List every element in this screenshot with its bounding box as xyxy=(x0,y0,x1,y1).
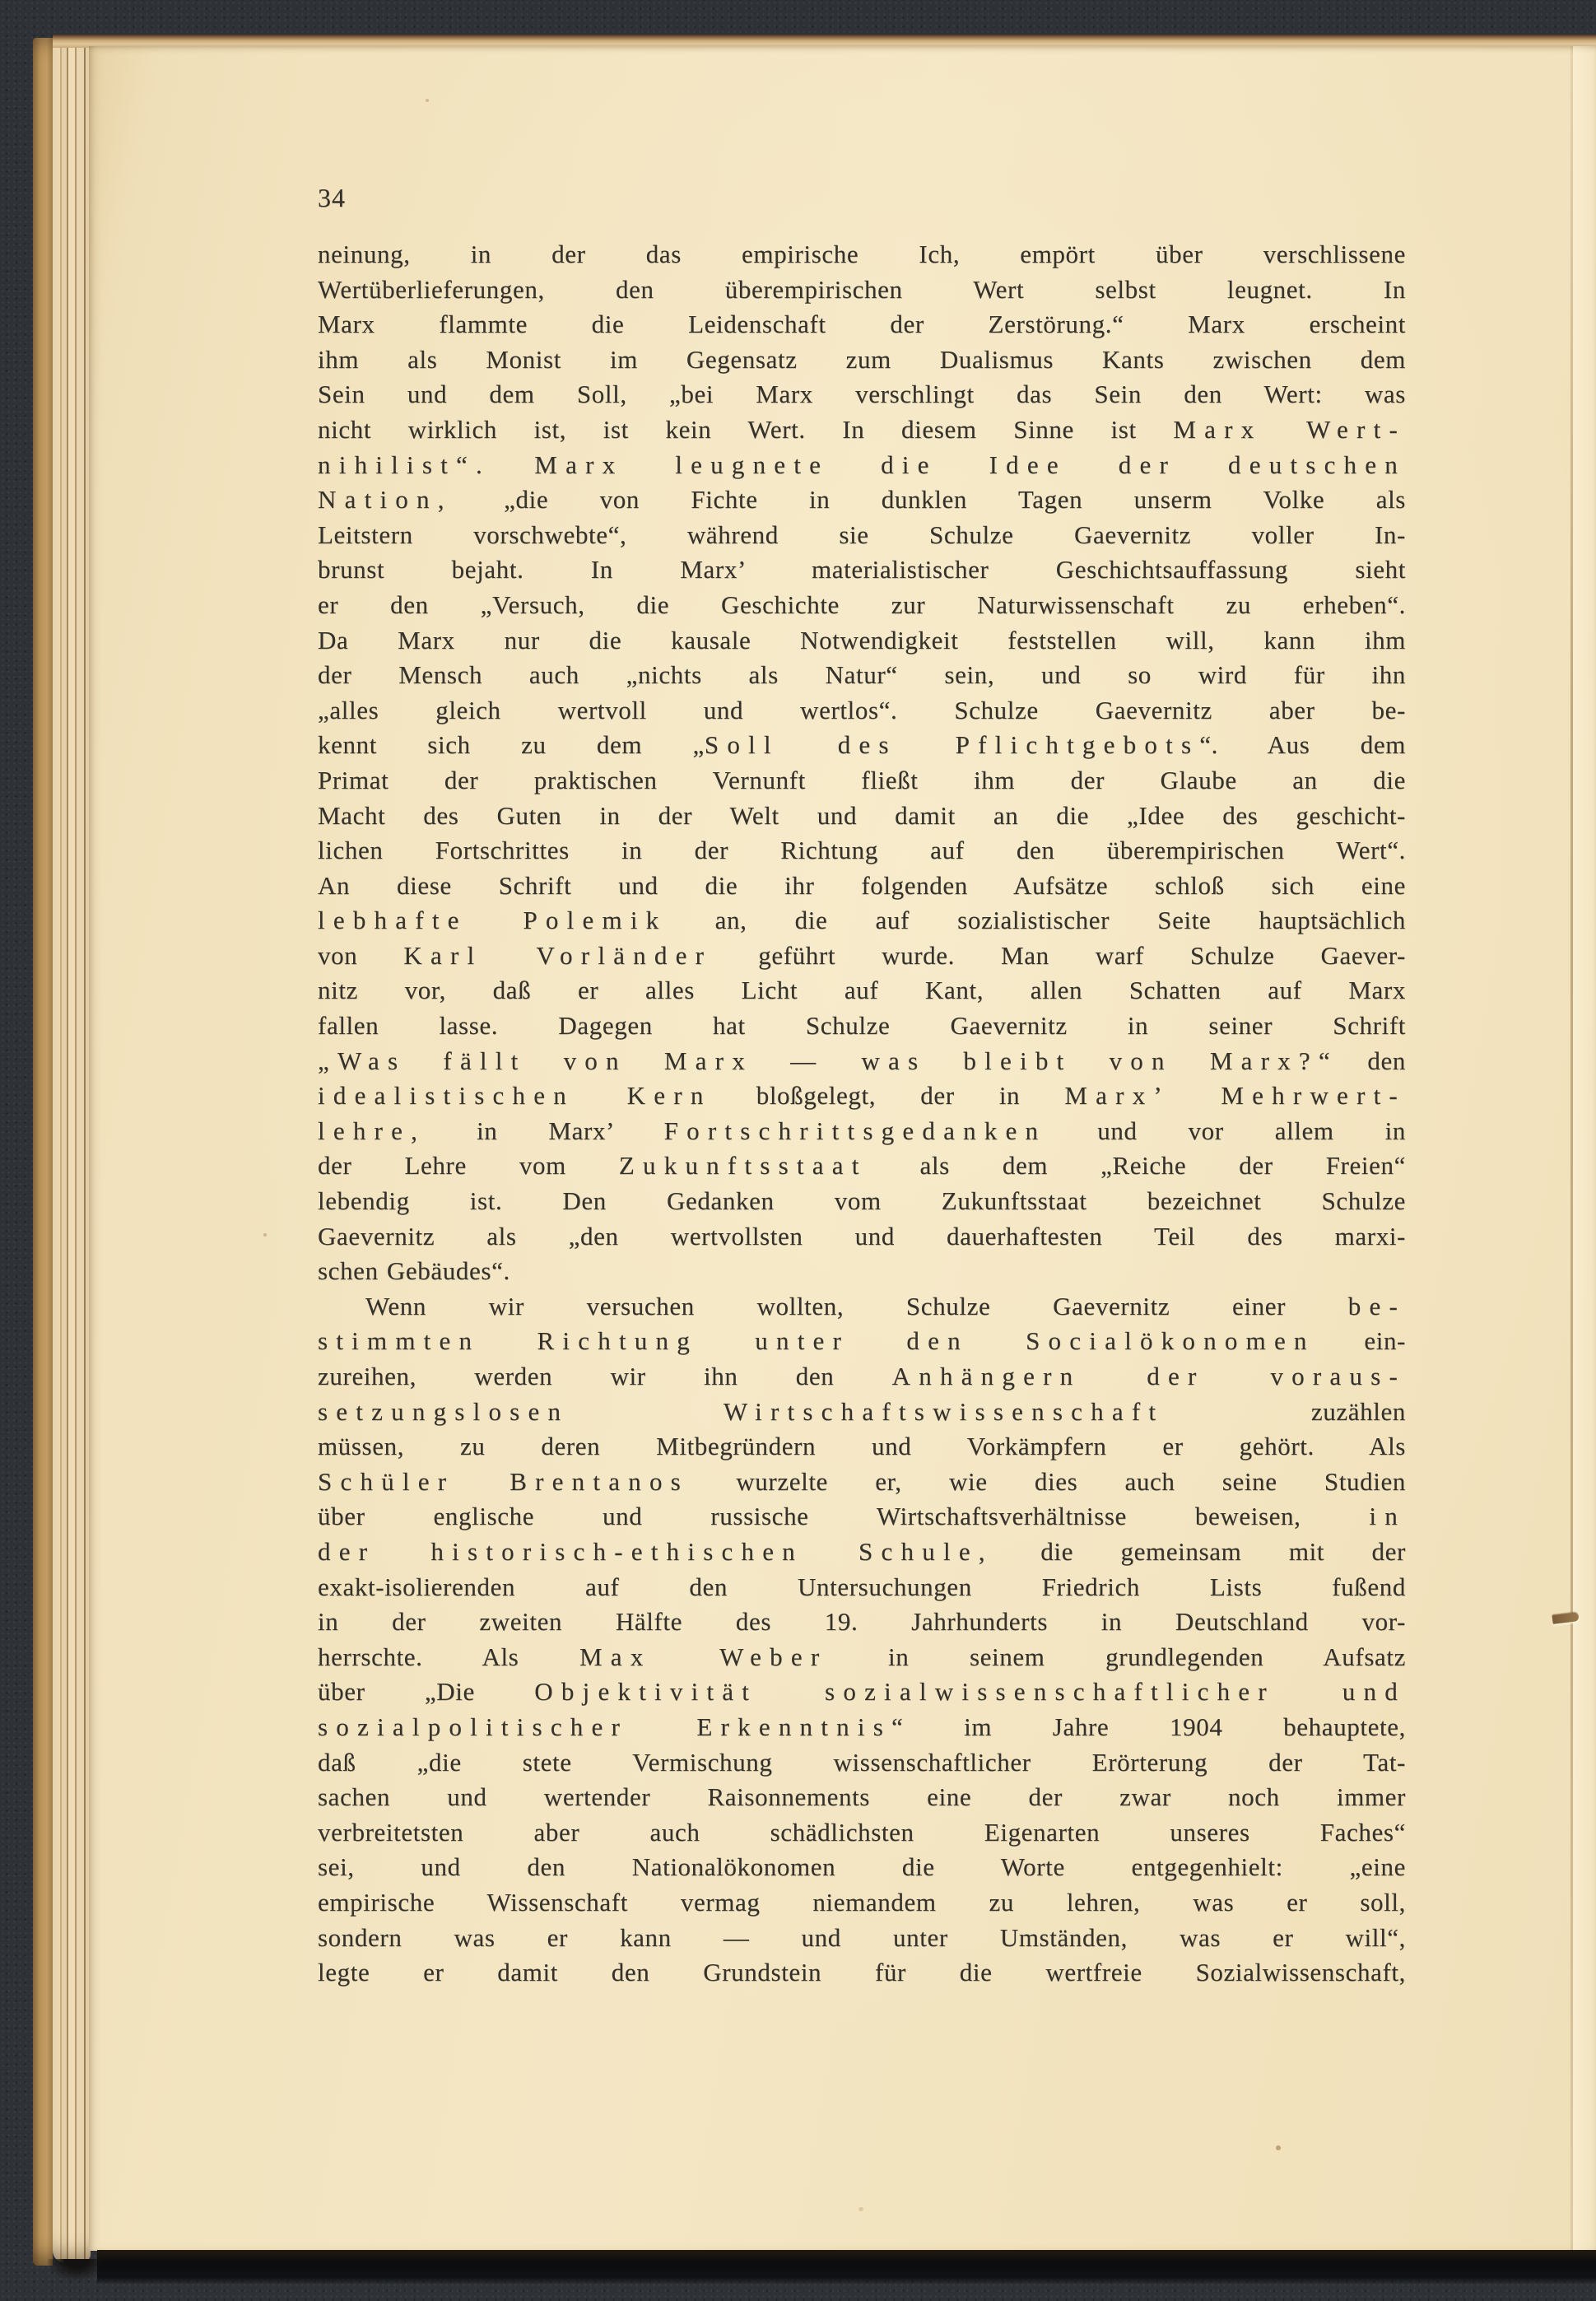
letterspaced-emphasis-text: lehre, xyxy=(318,1116,426,1145)
letterspaced-emphasis-text: „Was fällt von Marx — was bleibt von Mar… xyxy=(318,1046,1338,1075)
page-number: 34 xyxy=(318,183,346,213)
text-line: der Lehre vom Zukunftsstaat als dem „Rei… xyxy=(318,1148,1406,1184)
body-text: Marx flammte die Leidenschaft der Zerstö… xyxy=(318,310,1406,338)
letterspaced-emphasis-text: setzungslosen Wirtschaftswissenschaft xyxy=(318,1397,1164,1426)
body-text xyxy=(491,450,534,479)
text-line: kennt sich zu dem „Soll des Pflichtgebot… xyxy=(318,728,1406,763)
body-text: An diese Schrift und die ihr folgenden A… xyxy=(318,871,1406,900)
text-line: Sein und dem Soll, „bei Marx verschlingt… xyxy=(318,377,1406,412)
body-text: sachen und wertender Raisonnements eine … xyxy=(318,1782,1406,1811)
body-text: Macht des Guten in der Welt und damit an… xyxy=(318,801,1406,830)
text-line: der Mensch auch „nichts als Natur“ sein,… xyxy=(318,658,1406,693)
letterspaced-emphasis-text: Marx’ Mehrwert- xyxy=(1064,1081,1406,1110)
text-line: Gaevernitz als „den wertvollsten und dau… xyxy=(318,1219,1406,1255)
letterspaced-emphasis-text: der historisch-ethischen Schule, xyxy=(318,1537,993,1566)
text-line: Wenn wir versuchen wollten, Schulze Gaev… xyxy=(318,1289,1406,1325)
body-text: kennt sich zu dem „ xyxy=(318,730,705,759)
text-line: „alles gleich wertvoll und wertlos“. Sch… xyxy=(318,693,1406,729)
body-text: an, die auf sozialistischer Seite haupts… xyxy=(667,906,1406,934)
body-text: als dem „Reiche der Freien“ xyxy=(868,1151,1406,1180)
body-text: zureihen, werden wir ihn den xyxy=(318,1362,892,1390)
body-text: geführt wurde. Man warf Schulze Gaever- xyxy=(712,941,1406,970)
body-text: empirische Wissenschaft vermag niemandem… xyxy=(318,1888,1406,1917)
letterspaced-emphasis-text: Anhängern der voraus- xyxy=(892,1362,1406,1390)
body-text: sei, und den Nationalökonomen die Worte … xyxy=(318,1852,1406,1881)
body-text: “. Aus dem xyxy=(1199,730,1406,759)
letterspaced-emphasis-text: nihilist“. xyxy=(318,450,491,479)
body-text: nicht wirklich ist, ist kein Wert. In di… xyxy=(318,415,1173,444)
letterspaced-emphasis-text: Marx leugnete die Idee der deutschen xyxy=(534,450,1406,479)
letterspaced-emphasis-text: be- xyxy=(1348,1292,1406,1321)
body-text: verbreitetsten aber auch schädlichsten E… xyxy=(318,1818,1406,1847)
text-line: brunst bejaht. In Marx’ materialistische… xyxy=(318,552,1406,588)
body-text: schen Gebäudes“. xyxy=(318,1256,510,1285)
text-line: lebendig ist. Den Gedanken vom Zukunftss… xyxy=(318,1184,1406,1219)
text-line: „Was fällt von Marx — was bleibt von Mar… xyxy=(318,1044,1406,1079)
letterspaced-emphasis-text: stimmten Richtung unter den Socialökonom… xyxy=(318,1326,1315,1355)
scan-background: 34 neinung, in der das empirische Ich, e… xyxy=(0,0,1596,2301)
letterspaced-emphasis-text: lebhafte Polemik xyxy=(318,906,667,934)
body-text: und vor allem in xyxy=(1046,1116,1406,1145)
body-text: in seinem grundlegenden Aufsatz xyxy=(827,1642,1406,1671)
text-line: lehre, in Marx’ Fortschrittsgedanken und… xyxy=(318,1114,1406,1149)
body-text: über englische und russische Wirtschafts… xyxy=(318,1502,1369,1530)
foxing-spot xyxy=(811,322,813,324)
body-text: in der zweiten Hälfte des 19. Jahrhunder… xyxy=(318,1607,1406,1636)
letterspaced-emphasis-text: in xyxy=(1369,1502,1406,1530)
body-text: Wenn wir versuchen wollten, Schulze Gaev… xyxy=(365,1292,1348,1321)
text-line: daß „die stete Vermischung wissenschaftl… xyxy=(318,1745,1406,1781)
letterspaced-emphasis-text: Zukunftsstaat xyxy=(619,1151,868,1180)
body-text: lebendig ist. Den Gedanken vom Zukunftss… xyxy=(318,1186,1406,1215)
text-line: nicht wirklich ist, ist kein Wert. In di… xyxy=(318,412,1406,448)
text-line: Leitstern vorschwebte“, während sie Schu… xyxy=(318,518,1406,553)
text-line: stimmten Richtung unter den Socialökonom… xyxy=(318,1324,1406,1359)
body-text: Leitstern vorschwebte“, während sie Schu… xyxy=(318,520,1406,549)
body-text: in Marx’ xyxy=(426,1116,664,1145)
body-text: bloßgelegt, der in xyxy=(712,1081,1065,1110)
letterspaced-emphasis-text: Soll des Pflichtgebots xyxy=(705,730,1199,759)
body-text: ein- xyxy=(1315,1326,1406,1355)
body-text: müssen, zu deren Mitbegründern und Vorkä… xyxy=(318,1432,1406,1460)
text-line: in der zweiten Hälfte des 19. Jahrhunder… xyxy=(318,1605,1406,1640)
body-text: ihm als Monist im Gegensatz zum Dualismu… xyxy=(318,345,1406,374)
text-line: sei, und den Nationalökonomen die Worte … xyxy=(318,1850,1406,1885)
text-line: er den „Versuch, die Geschichte zur Natu… xyxy=(318,588,1406,623)
text-line: exakt-isolierenden auf den Untersuchunge… xyxy=(318,1570,1406,1605)
page-edge-stack xyxy=(53,41,91,2262)
text-line: sozialpolitischer Erkenntnis“ im Jahre 1… xyxy=(318,1710,1406,1745)
body-text: Wertüberlieferungen, den überempirischen… xyxy=(318,275,1406,304)
letterspaced-emphasis-text: Nation, xyxy=(318,485,453,514)
body-text: herrschte. Als xyxy=(318,1642,579,1671)
text-line: empirische Wissenschaft vermag niemandem… xyxy=(318,1885,1406,1921)
body-text: nitz vor, daß er alles Licht auf Kant, a… xyxy=(318,976,1406,1004)
text-line: nitz vor, daß er alles Licht auf Kant, a… xyxy=(318,973,1406,1008)
letterspaced-emphasis-text: Objektivität sozialwissenschaftlicher un… xyxy=(534,1677,1406,1706)
text-line: schen Gebäudes“. xyxy=(318,1254,1406,1289)
text-line: Schüler Brentanos wurzelte er, wie dies … xyxy=(318,1465,1406,1500)
body-text: neinung, in der das empirische Ich, empö… xyxy=(318,240,1406,268)
text-line: Nation, „die von Fichte in dunklen Tagen… xyxy=(318,482,1406,518)
text-line: sondern was er kann — und unter Umstände… xyxy=(318,1921,1406,1956)
page-crease-highlight xyxy=(1573,46,1596,2251)
body-text: die gemeinsam mit der xyxy=(993,1537,1406,1566)
body-text: exakt-isolierenden auf den Untersuchunge… xyxy=(318,1572,1406,1601)
text-line: neinung, in der das empirische Ich, empö… xyxy=(318,237,1406,272)
foxing-spot xyxy=(263,1233,267,1237)
letterspaced-emphasis-text: Fortschrittsgedanken xyxy=(664,1116,1047,1145)
letterspaced-emphasis-text: Schüler Brentanos xyxy=(318,1467,689,1496)
letterspaced-emphasis-text: idealistischen Kern xyxy=(318,1081,712,1110)
body-text: den xyxy=(1338,1046,1406,1075)
text-block: neinung, in der das empirische Ich, empö… xyxy=(318,237,1406,1991)
text-line: verbreitetsten aber auch schädlichsten E… xyxy=(318,1815,1406,1851)
body-text: Gaevernitz als „den wertvollsten und dau… xyxy=(318,1222,1406,1251)
body-text: er den „Versuch, die Geschichte zur Natu… xyxy=(318,590,1406,619)
book-cover-edge xyxy=(33,38,53,2266)
text-line: Macht des Guten in der Welt und damit an… xyxy=(318,799,1406,834)
body-text: „alles gleich wertvoll und wertlos“. Sch… xyxy=(318,696,1406,724)
text-line: lichen Fortschrittes in der Richtung auf… xyxy=(318,833,1406,869)
foxing-spot xyxy=(426,99,429,102)
body-text: über „Die xyxy=(318,1677,534,1706)
foxing-spot xyxy=(1276,2145,1281,2150)
text-line: Da Marx nur die kausale Notwendigkeit fe… xyxy=(318,623,1406,659)
body-text: der Mensch auch „nichts als Natur“ sein,… xyxy=(318,660,1406,689)
text-line: An diese Schrift und die ihr folgenden A… xyxy=(318,869,1406,904)
text-line: von Karl Vorländer geführt wurde. Man wa… xyxy=(318,939,1406,974)
body-text: lichen Fortschrittes in der Richtung auf… xyxy=(318,836,1406,864)
letterspaced-emphasis-text: Max Weber xyxy=(579,1642,827,1671)
text-line: idealistischen Kern bloßgelegt, der in M… xyxy=(318,1078,1406,1114)
text-line: ihm als Monist im Gegensatz zum Dualismu… xyxy=(318,342,1406,378)
text-line: sachen und wertender Raisonnements eine … xyxy=(318,1780,1406,1815)
page-bottom-shadow xyxy=(97,2250,1596,2285)
text-line: über englische und russische Wirtschafts… xyxy=(318,1499,1406,1535)
text-line: über „Die Objektivität sozialwissenschaf… xyxy=(318,1675,1406,1710)
letterspaced-emphasis-text: Marx Wert- xyxy=(1173,415,1406,444)
text-line: Primat der praktischen Vernunft fließt i… xyxy=(318,763,1406,799)
letterspaced-emphasis-text: sozialpolitischer Erkenntnis xyxy=(318,1712,891,1741)
body-text: zuzählen xyxy=(1164,1397,1406,1426)
body-text: sondern was er kann — und unter Umstände… xyxy=(318,1923,1406,1952)
body-text: Sein und dem Soll, „bei Marx verschlingt… xyxy=(318,380,1406,408)
text-line: Marx flammte die Leidenschaft der Zerstö… xyxy=(318,307,1406,342)
stack-bottom-shadow xyxy=(48,2259,105,2280)
body-text: “ im Jahre 1904 behauptete, xyxy=(891,1712,1406,1741)
text-line: legte er damit den Grundstein für die we… xyxy=(318,1955,1406,1991)
body-text: fallen lasse. Dagegen hat Schulze Gaever… xyxy=(318,1011,1406,1040)
text-line: Wertüberlieferungen, den überempirischen… xyxy=(318,272,1406,308)
text-line: lebhafte Polemik an, die auf sozialistis… xyxy=(318,903,1406,939)
text-line: müssen, zu deren Mitbegründern und Vorkä… xyxy=(318,1429,1406,1465)
letterspaced-emphasis-text: Karl Vorländer xyxy=(403,941,712,970)
body-text: „die von Fichte in dunklen Tagen unserm … xyxy=(453,485,1406,514)
body-text: Primat der praktischen Vernunft fließt i… xyxy=(318,766,1406,794)
body-text: daß „die stete Vermischung wissenschaftl… xyxy=(318,1748,1406,1777)
body-text: legte er damit den Grundstein für die we… xyxy=(318,1958,1406,1987)
text-line: herrschte. Als Max Weber in seinem grund… xyxy=(318,1640,1406,1675)
text-line: der historisch-ethischen Schule, die gem… xyxy=(318,1535,1406,1570)
body-text: Da Marx nur die kausale Notwendigkeit fe… xyxy=(318,626,1406,654)
text-line: fallen lasse. Dagegen hat Schulze Gaever… xyxy=(318,1008,1406,1044)
body-text: der Lehre vom xyxy=(318,1151,619,1180)
text-line: nihilist“. Marx leugnete die Idee der de… xyxy=(318,448,1406,483)
body-text: von xyxy=(318,941,403,970)
body-text: brunst bejaht. In Marx’ materialistische… xyxy=(318,555,1406,584)
body-text: wurzelte er, wie dies auch seine Studien xyxy=(689,1467,1406,1496)
text-line: setzungslosen Wirtschaftswissenschaft zu… xyxy=(318,1395,1406,1430)
text-line: zureihen, werden wir ihn den Anhängern d… xyxy=(318,1359,1406,1395)
foxing-spot xyxy=(858,2207,863,2211)
